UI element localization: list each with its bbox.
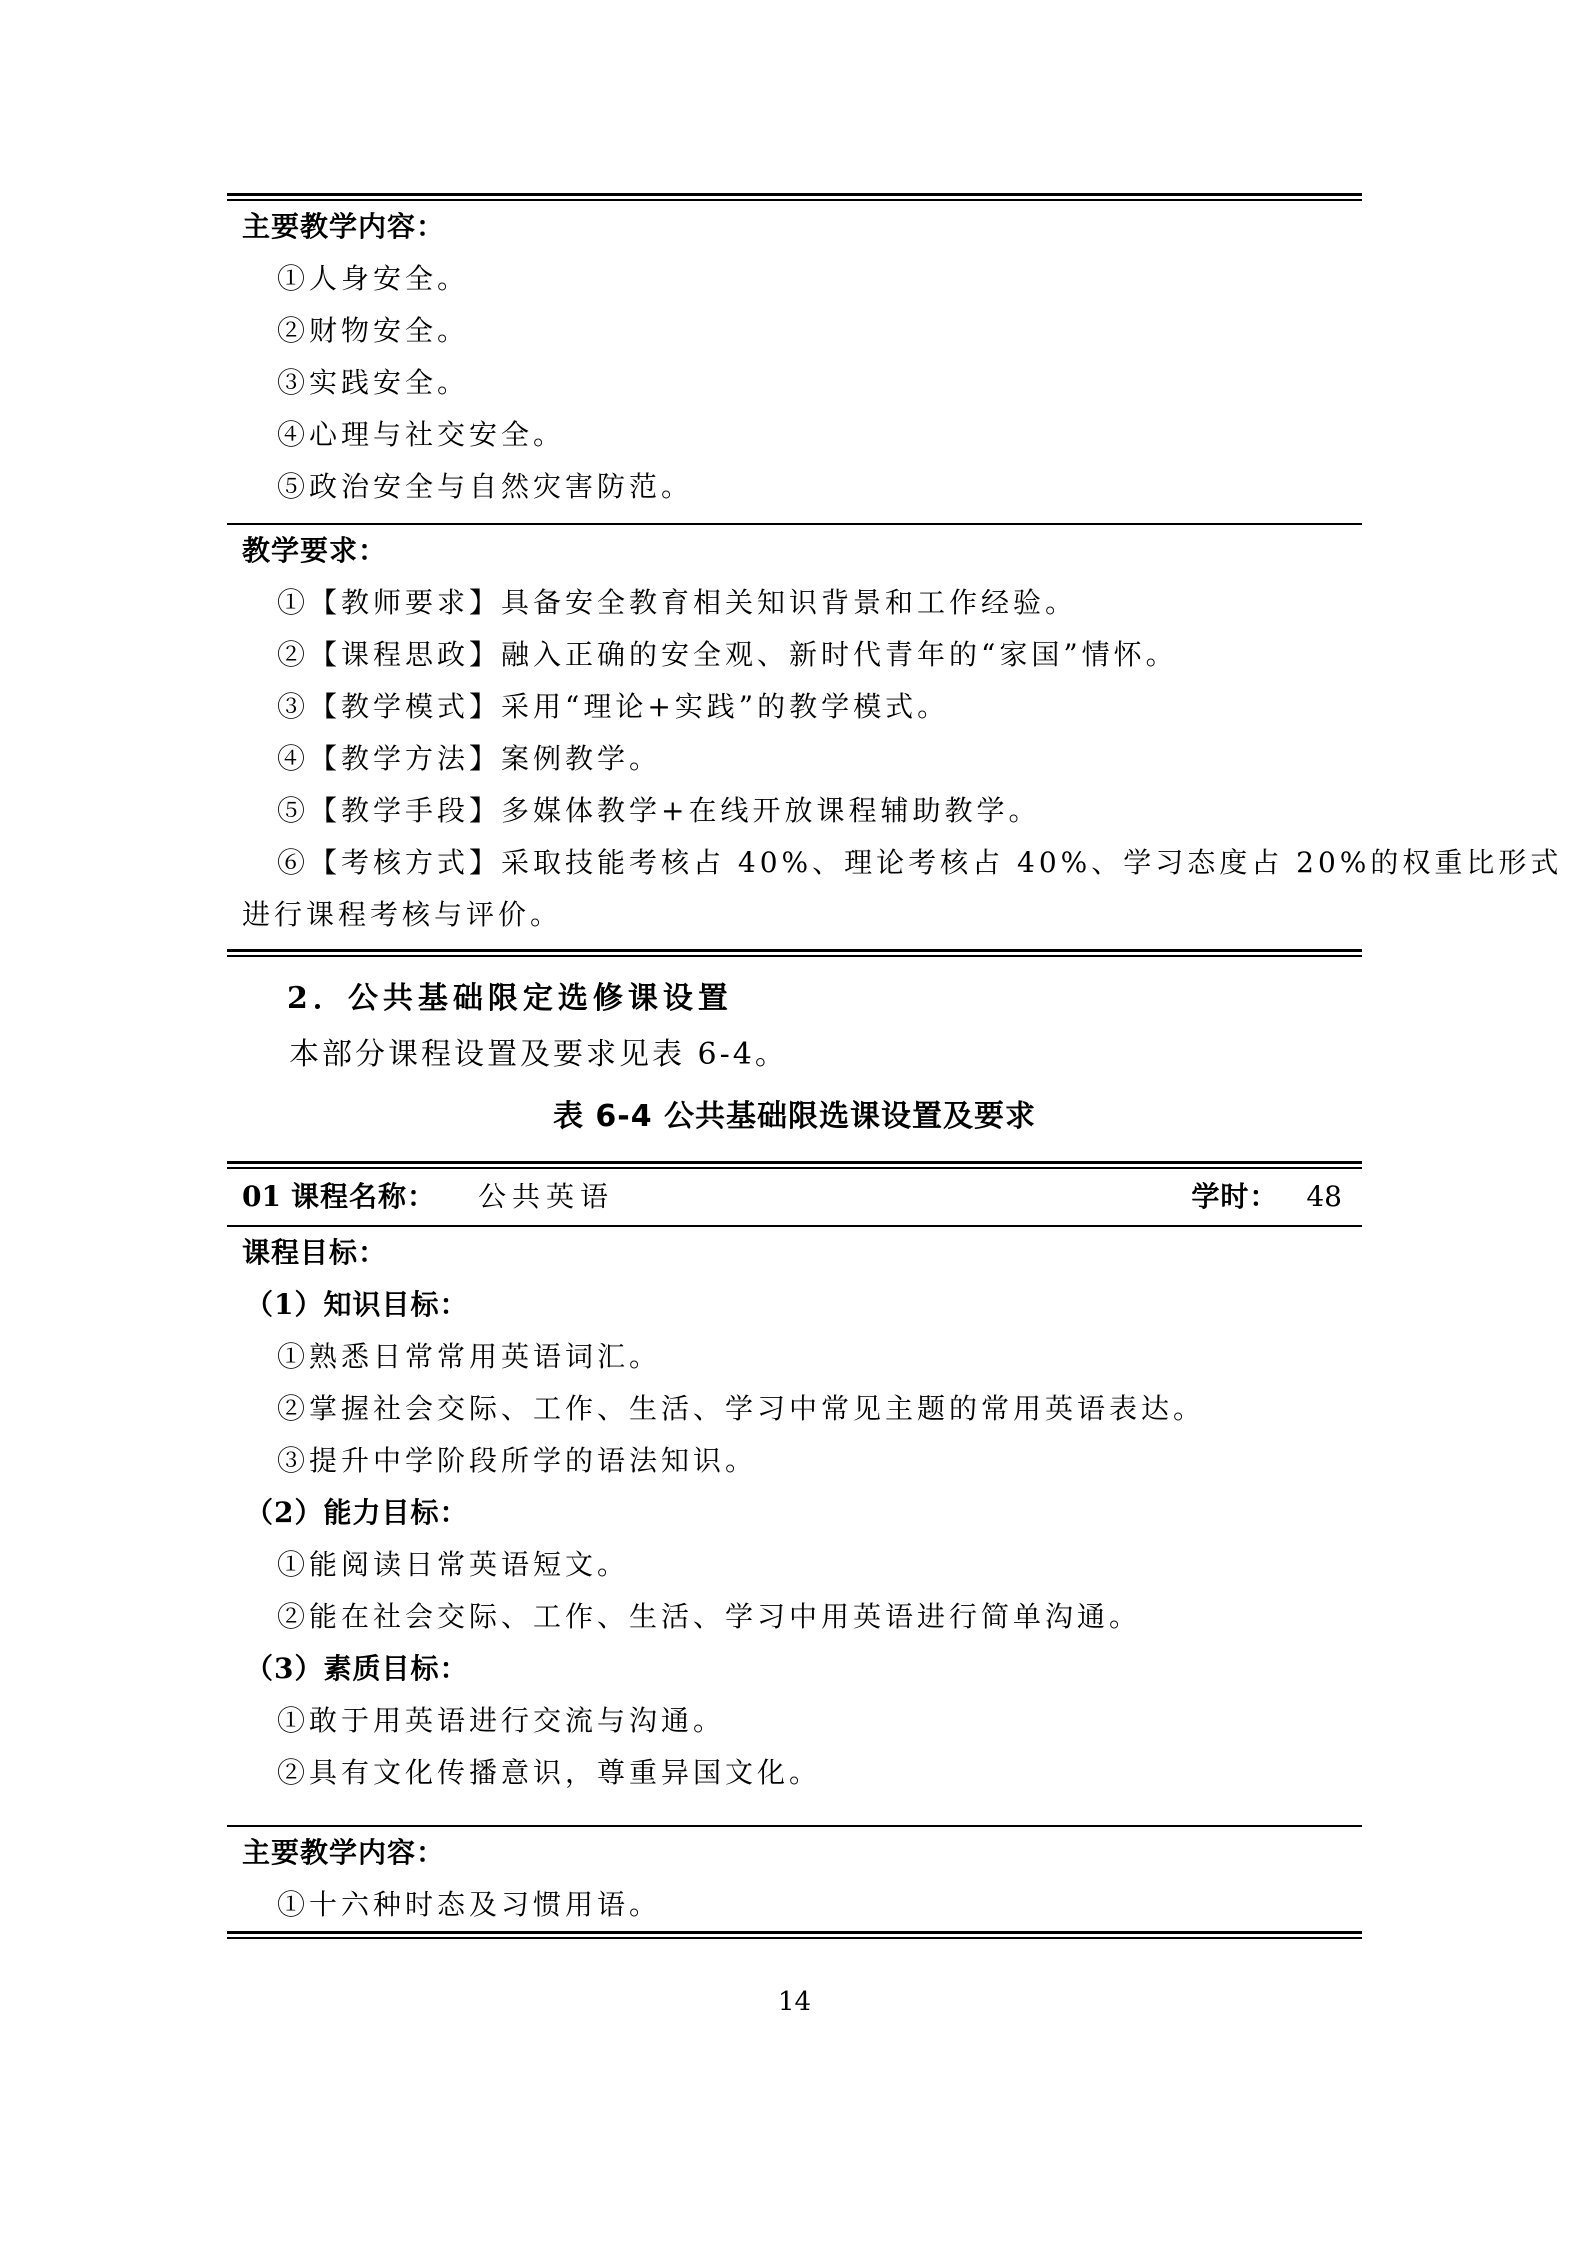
objectives-label: 课程目标： — [227, 1227, 1362, 1279]
list-item: ②财物安全。 — [227, 305, 1362, 357]
list-item: ①能阅读日常英语短文。 — [227, 1539, 1362, 1591]
list-item: ②具有文化传播意识，尊重异国文化。 — [227, 1747, 1362, 1799]
table-top-double-border — [227, 1161, 1362, 1169]
course-name-label: 课程名称： — [291, 1169, 436, 1225]
teaching-requirements-row: 教学要求： ①【教师要求】具备安全教育相关知识背景和工作经验。 ②【课程思政】融… — [227, 525, 1362, 949]
document-page: 主要教学内容： ①人身安全。 ②财物安全。 ③实践安全。 ④心理与社交安全。 ⑤… — [0, 0, 1587, 2245]
course-objectives-row: 课程目标： （1）知识目标： ①熟悉日常常用英语词汇。 ②掌握社会交际、工作、生… — [227, 1227, 1362, 1825]
list-item: ⑥【考核方式】采取技能考核占 40%、理论考核占 40%、学习态度占 20%的权… — [227, 837, 1362, 889]
ability-goals-title: （2）能力目标： — [227, 1487, 1362, 1539]
page-number: 14 — [227, 1987, 1362, 2017]
list-item: ②【课程思政】融入正确的安全观、新时代青年的“家国”情怀。 — [227, 629, 1362, 681]
course-hours-label: 学时： — [1191, 1169, 1278, 1225]
list-item: ④【教学方法】案例教学。 — [227, 733, 1362, 785]
course-table-6-4: 01 课程名称： 公共英语 学时： 48 课程目标： （1）知识目标： ①熟悉日… — [227, 1161, 1362, 1939]
page-content-column: 主要教学内容： ①人身安全。 ②财物安全。 ③实践安全。 ④心理与社交安全。 ⑤… — [227, 0, 1362, 2017]
teaching-content-row: 主要教学内容： ①十六种时态及习惯用语。 — [227, 1827, 1362, 1931]
list-item: ①十六种时态及习惯用语。 — [227, 1879, 1362, 1931]
list-item: ⑤【教学手段】多媒体教学+在线开放课程辅助教学。 — [227, 785, 1362, 837]
knowledge-goals-title: （1）知识目标： — [227, 1279, 1362, 1331]
list-item: ①熟悉日常常用英语词汇。 — [227, 1331, 1362, 1383]
course-hours: 学时： 48 — [1191, 1169, 1342, 1225]
section-intro-paragraph: 本部分课程设置及要求见表 6-4。 — [227, 1029, 1362, 1081]
list-item: ⑤政治安全与自然灾害防范。 — [227, 461, 1362, 513]
list-item: ③提升中学阶段所学的语法知识。 — [227, 1435, 1362, 1487]
table-top-double-border — [227, 193, 1362, 201]
teaching-content-label: 主要教学内容： — [227, 1827, 1362, 1879]
list-item: ②能在社会交际、工作、生活、学习中用英语进行简单沟通。 — [227, 1591, 1362, 1643]
course-number: 01 — [242, 1169, 281, 1225]
list-item: ②掌握社会交际、工作、生活、学习中常见主题的常用英语表达。 — [227, 1383, 1362, 1435]
teaching-content-label: 主要教学内容： — [227, 201, 1362, 253]
list-item: ①敢于用英语进行交流与沟通。 — [227, 1695, 1362, 1747]
list-item: ①【教师要求】具备安全教育相关知识背景和工作经验。 — [227, 577, 1362, 629]
course-hours-value: 48 — [1306, 1169, 1342, 1225]
top-margin — [227, 0, 1362, 193]
list-item: ①人身安全。 — [227, 253, 1362, 305]
course-header-row: 01 课程名称： 公共英语 学时： 48 — [227, 1169, 1362, 1225]
table-bottom-double-border — [227, 949, 1362, 957]
list-item: ④心理与社交安全。 — [227, 409, 1362, 461]
list-item: ③实践安全。 — [227, 357, 1362, 409]
section-heading: 2．公共基础限定选修课设置 — [227, 973, 1362, 1025]
table-caption: 表 6-4 公共基础限选课设置及要求 — [227, 1091, 1362, 1143]
quality-goals-title: （3）素质目标： — [227, 1643, 1362, 1695]
teaching-requirements-label: 教学要求： — [227, 525, 1362, 577]
course-name-value: 公共英语 — [478, 1169, 614, 1225]
teaching-content-row: 主要教学内容： ①人身安全。 ②财物安全。 ③实践安全。 ④心理与社交安全。 ⑤… — [227, 201, 1362, 523]
course-table-continued: 主要教学内容： ①人身安全。 ②财物安全。 ③实践安全。 ④心理与社交安全。 ⑤… — [227, 193, 1362, 957]
table-bottom-double-border — [227, 1931, 1362, 1939]
list-item: ③【教学模式】采用“理论+实践”的教学模式。 — [227, 681, 1362, 733]
wrapped-line-continuation: 进行课程考核与评价。 — [227, 889, 1362, 941]
